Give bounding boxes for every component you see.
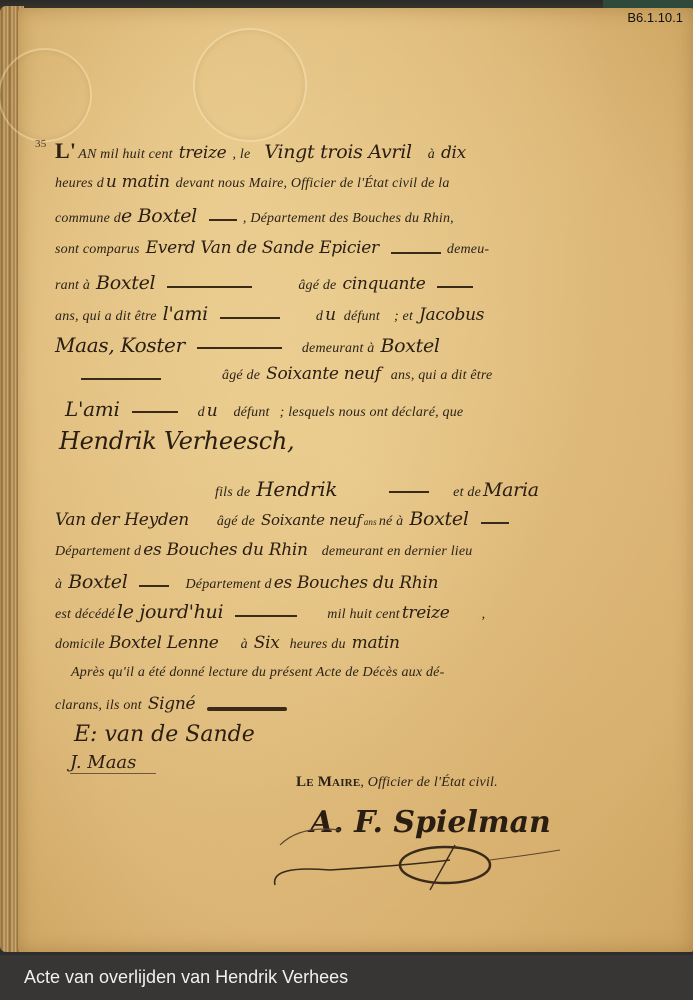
handwritten-text: cinquante (342, 274, 425, 294)
handwritten-text: es Bouches du Rhin (274, 573, 439, 593)
printed-text: rant à (55, 278, 90, 294)
doc-line-9: L'ami d u défunt ; lesquels nous ont déc… (55, 397, 615, 427)
fill-line (207, 707, 287, 711)
doc-line-1: 35 L' AN mil huit cent treize , le Vingt… (55, 138, 615, 168)
fill-line (391, 252, 441, 254)
death-certificate: 35 L' AN mil huit cent treize , le Vingt… (0, 0, 693, 955)
handwritten-text: Soixante neuf (266, 364, 381, 384)
printed-text: Après qu'il a été donné lecture du prése… (71, 665, 444, 681)
image-viewer: B6.1.10.1 35 L' AN mil huit cent treize … (0, 0, 693, 955)
printed-text: domicile (55, 637, 105, 653)
fill-line (197, 347, 282, 349)
deceased-name: Hendrik Verheesch, (59, 427, 294, 455)
fill-line (481, 522, 509, 524)
printed-text: devant nous Maire, Officier de l'État ci… (176, 176, 450, 192)
fill-line (235, 615, 297, 617)
handwritten-text: Six (254, 633, 280, 653)
printed-text: mil huit cent (327, 607, 400, 623)
printed-text: , le (232, 147, 250, 163)
mayor-signature: A. F. Spielman (270, 795, 570, 895)
fill-line (437, 286, 473, 288)
printed-text: ; lesquels nous ont déclaré, que (280, 405, 464, 421)
printed-text: Département d (185, 577, 271, 593)
handwritten-text: Boxtel Lenne (109, 633, 219, 653)
printed-text: , Département des Bouches du Rhin, (243, 211, 454, 227)
doc-line-12: Van der Heyden âgé de Soixante neuf ans … (55, 508, 615, 538)
signature-flourish-icon (270, 795, 570, 895)
printed-text: sont comparus (55, 242, 140, 258)
doc-line-5: rant à Boxtel âgé de cinquante (55, 272, 615, 302)
printed-text: est décédé (55, 607, 115, 623)
mayor-office: , Officier de l'État civil. (360, 775, 497, 791)
handwritten-text: Jacobus (419, 305, 484, 325)
handwritten-text: Soixante neuf (261, 511, 362, 529)
signature-maas: J. Maas (70, 752, 156, 774)
handwritten-text: es Bouches du Rhin (143, 540, 308, 560)
record-number: 35 (35, 138, 46, 150)
handwritten-text: e Boxtel (121, 205, 197, 227)
fill-line (139, 585, 169, 587)
handwritten-text: le jourd'hui (117, 601, 223, 623)
doc-line-15: est décédé le jourd'hui mil huit cent tr… (55, 601, 615, 631)
handwritten-text: Van der Heyden (55, 510, 189, 530)
fill-line (389, 491, 429, 493)
fill-line (132, 411, 178, 413)
doc-line-18: clarans, ils ont Signé (55, 694, 615, 724)
handwritten-text: treize (402, 603, 450, 623)
printed-text: défunt (344, 309, 380, 325)
printed-text: à (55, 577, 62, 593)
handwritten-text: dix (441, 143, 466, 163)
handwritten-text: Boxtel (380, 335, 439, 357)
printed-text: AN mil huit cent (78, 147, 173, 163)
printed-text: commune d (55, 211, 121, 227)
doc-line-8: âgé de Soixante neuf ans, qui a dit être (55, 364, 615, 394)
handwritten-text: Boxtel (409, 508, 468, 530)
fill-line (81, 378, 161, 380)
initial-letter: L' (55, 138, 76, 164)
handwritten-text: u matin (106, 172, 170, 192)
printed-text: heures du (290, 637, 346, 653)
printed-text: demeu- (447, 242, 489, 258)
printed-text: d (198, 405, 205, 421)
mayor-label: Le Maire (296, 774, 360, 791)
printed-text: âgé de (298, 278, 336, 294)
printed-text: âgé de (217, 514, 255, 530)
signature-van-de-sande: E: van de Sande (74, 722, 255, 747)
handwritten-text: Boxtel (68, 571, 127, 593)
printed-text: fils de (215, 485, 250, 501)
printed-text: demeurant en dernier lieu (322, 544, 473, 560)
printed-text: né à (379, 514, 404, 530)
printed-text: âgé de (222, 368, 260, 384)
fill-line (220, 317, 280, 319)
handwritten-text: Everd Van de Sande Epicier (146, 238, 379, 258)
handwritten-text: l'ami (163, 303, 208, 325)
handwritten-text: Hendrik (256, 477, 337, 501)
fill-line (167, 286, 252, 288)
doc-line-3: commune d e Boxtel , Département des Bou… (55, 205, 615, 235)
handwritten-text: Vingt trois Avril (264, 141, 411, 163)
printed-text: à (428, 147, 435, 163)
printed-text: ans, qui a dit être (391, 368, 493, 384)
handwritten-text: u (325, 305, 336, 325)
printed-text: Département d (55, 544, 141, 560)
caption-bar: Acte van overlijden van Hendrik Verhees (0, 955, 693, 1000)
handwritten-text: treize (179, 143, 227, 163)
doc-line-10: Hendrik Verheesch, (55, 427, 615, 461)
doc-line-11: fils de Hendrik et de Maria (55, 477, 615, 507)
printed-text: défunt (233, 405, 269, 421)
fill-line (209, 219, 237, 221)
doc-line-2: heures d u matin devant nous Maire, Offi… (55, 172, 615, 202)
printed-text: , (482, 607, 486, 623)
doc-line-17: Après qu'il a été donné lecture du prése… (55, 665, 615, 695)
handwritten-text: Boxtel (96, 272, 155, 294)
handwritten-text: u (207, 401, 218, 421)
handwritten-text: Maas, Koster (55, 333, 185, 357)
printed-text: ans, qui a dit être (55, 309, 157, 325)
handwritten-text: Signé (148, 694, 195, 714)
doc-line-6: ans, qui a dit être l'ami d u défunt ; e… (55, 303, 615, 333)
handwritten-superscript: ans (364, 517, 377, 527)
handwritten-text: Maria (483, 479, 539, 501)
printed-text: d (316, 309, 323, 325)
printed-text: à (241, 637, 248, 653)
image-caption: Acte van overlijden van Hendrik Verhees (24, 967, 348, 988)
handwritten-text: L'ami (65, 397, 120, 421)
printed-text: et de (453, 485, 481, 501)
printed-text: demeurant à (302, 341, 375, 357)
doc-line-4: sont comparus Everd Van de Sande Epicier… (55, 238, 615, 268)
printed-text: heures d (55, 176, 104, 192)
printed-text: ; et (394, 309, 413, 325)
doc-line-14: à Boxtel Département d es Bouches du Rhi… (55, 571, 615, 601)
doc-line-16: domicile Boxtel Lenne à Six heures du ma… (55, 633, 615, 663)
doc-line-13: Département d es Bouches du Rhin demeura… (55, 540, 615, 570)
doc-line-7: Maas, Koster demeurant à Boxtel (55, 333, 615, 363)
printed-text: clarans, ils ont (55, 698, 142, 714)
handwritten-text: matin (352, 633, 400, 653)
